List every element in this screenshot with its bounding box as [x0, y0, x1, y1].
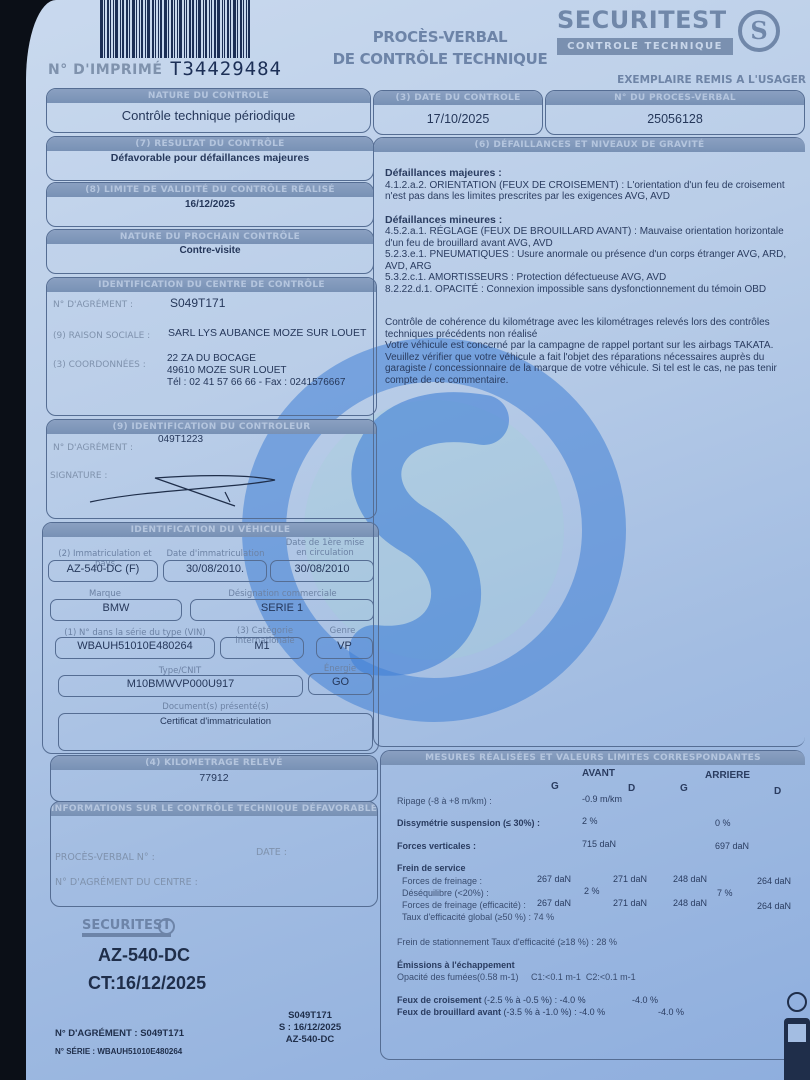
barcode-bar: [120, 0, 121, 58]
barcode-bar: [203, 0, 204, 58]
barcode-bar: [230, 0, 231, 58]
barcode-bar: [240, 0, 242, 58]
prochain-controle-value: Contre-visite: [47, 245, 373, 256]
vehicule-label: IDENTIFICATION DU VÉHICULE: [43, 523, 378, 537]
frein-stationnement: Frein de stationnement Taux d'efficacité…: [397, 937, 617, 947]
resultat-value: Défavorable pour défaillances majeures: [47, 152, 373, 164]
feux-brouillard-g: -4.0 %: [579, 1007, 605, 1017]
seal-line-3: AZ-540-DC: [270, 1034, 350, 1046]
barcode-bar: [100, 0, 103, 58]
genre-label: Genre: [315, 626, 370, 636]
barcode-bar: [214, 0, 216, 58]
nature-controle-value: Contrôle technique périodique: [47, 108, 370, 123]
sticker-logo-icon: [158, 918, 175, 935]
barcode-bar: [107, 0, 109, 58]
defaillances-label: (6) DÉFAILLANCES ET NIVEAUX DE GRAVITÉ: [374, 138, 805, 152]
barcode-bar: [179, 0, 182, 58]
defaillances-content: Défaillances majeures : 4.1.2.a.2. ORIEN…: [385, 168, 795, 386]
barcode-bar: [132, 0, 135, 58]
opacite-fumees: Opacité des fumées(0.58 m-1) C1:<0.1 m-1…: [397, 972, 636, 982]
barcode-bar: [205, 0, 207, 58]
barcode-bar: [164, 0, 167, 58]
energie-value: GO: [308, 673, 373, 695]
brand-name: SECURITEST: [557, 6, 727, 34]
mineures-title: Défaillances mineures :: [385, 215, 795, 227]
arriere-d-header: D: [774, 786, 781, 797]
date-immat-label: Date d'immatriculation: [163, 549, 268, 559]
barcode-bar: [177, 0, 178, 58]
nature-controle-label: NATURE DU CONTROLE: [47, 89, 370, 103]
proces-verbal-value: 25056128: [546, 112, 804, 126]
dissymetrie-arriere: 0 %: [715, 818, 731, 828]
imprime-label: N° D'IMPRIMÉ: [48, 62, 162, 78]
barcode-bar: [248, 0, 250, 58]
barcode-bar: [237, 0, 238, 58]
feux-croisement-d: -4.0 %: [632, 995, 658, 1005]
defavorable-date-label: DATE :: [256, 847, 287, 858]
sticker-seal: S049T171 S : 16/12/2025 AZ-540-DC: [270, 1010, 350, 1046]
barcode-bar: [233, 0, 236, 58]
date-controle-label: (3) DATE DU CONTROLE: [374, 91, 542, 105]
forces-verticales-label: Forces verticales :: [397, 841, 476, 851]
arriere-g-header: G: [680, 783, 688, 794]
forces-freinage-label: Forces de freinage :: [402, 876, 482, 886]
forces-efficacite-label: Forces de freinage (efficacité) :: [402, 900, 526, 910]
imprime-number: T34429484: [170, 58, 282, 80]
feux-brouillard-limits: (-3.5 % à -1.0 %) :: [504, 1007, 577, 1017]
forces-efficacite-ar-g: 248 daN: [673, 898, 707, 908]
barcode-bar: [155, 0, 156, 58]
proces-verbal-box: N° DU PROCES-VERBAL 25056128: [545, 90, 805, 135]
majeure-item: 4.1.2.a.2. ORIENTATION (FEUX DE CROISEME…: [385, 180, 795, 203]
barcode-bar: [136, 0, 137, 58]
signature-icon: [85, 470, 285, 510]
barcode-bar: [104, 0, 105, 58]
resultat-box: (7) RESULTAT DU CONTRÔLE Défavorable pou…: [46, 136, 374, 181]
limite-validite-label: (8) LIMITE DE VALIDITÉ DU CONTRÔLE RÉALI…: [47, 183, 373, 197]
mineure-item: 5.2.3.e.1. PNEUMATIQUES : Usure anormale…: [385, 249, 795, 272]
desequilibre-label: Déséquilibre (<20%) :: [402, 888, 489, 898]
feux-croisement-limits: (-2.5 % à -0.5 %) :: [484, 995, 557, 1005]
barcode-bar: [186, 0, 187, 58]
limite-validite-value: 16/12/2025: [47, 199, 373, 210]
dissymetrie-label: Dissymétrie suspension (≤ 30%) :: [397, 818, 540, 828]
barcode-bar: [139, 0, 140, 58]
barcode-bar: [141, 0, 143, 58]
brand-subtitle: CONTROLE TECHNIQUE: [557, 38, 733, 55]
forces-freinage-ar-d: 264 daN: [757, 876, 791, 886]
avant-header: AVANT: [582, 768, 615, 779]
copy-notice: EXEMPLAIRE REMIS A L'USAGER: [617, 74, 806, 86]
barcode-bar: [158, 0, 159, 58]
barcode-bar: [184, 0, 185, 58]
taux-efficacite-global: Taux d'efficacité global (≥50 %) : 74 %: [402, 912, 554, 922]
desequilibre-arriere: 7 %: [717, 888, 733, 898]
barcode-bar: [243, 0, 244, 58]
barcode-bar: [171, 0, 173, 58]
kilometrage-label: (4) KILOMETRAGE RELEVÉ: [51, 756, 377, 770]
feux-croisement-row: Feux de croisement (-2.5 % à -0.5 %) : -…: [397, 995, 586, 1005]
prochain-controle-label: NATURE DU PROCHAIN CONTRÔLE: [47, 230, 373, 244]
phone-fax: Tél : 02 41 57 66 66 - Fax : 0241576667: [167, 377, 345, 389]
barcode-bar: [192, 0, 194, 58]
raison-sociale-value: SARL LYS AUBANCE MOZE SUR LOUET: [168, 327, 366, 339]
majeures-title: Défaillances majeures :: [385, 168, 795, 180]
centre-agrement-label: N° D'AGRÉMENT :: [53, 300, 133, 310]
title-line-2: DE CONTRÔLE TECHNIQUE: [325, 48, 555, 70]
address-line-2: 49610 MOZE SUR LOUET: [167, 365, 345, 377]
mineure-item: 5.3.2.c.1. AMORTISSEURS : Protection déf…: [385, 272, 795, 284]
barcode-bar: [189, 0, 191, 58]
forces-freinage-ar-g: 248 daN: [673, 874, 707, 884]
remark-takata: Votre véhicule est concerné par la campa…: [385, 340, 795, 386]
forces-efficacite-ar-d: 264 daN: [757, 901, 791, 911]
recycle-person-icon: [787, 992, 807, 1012]
mineure-item: 8.2.22.d.1. OPACITÉ : Connexion impossib…: [385, 284, 795, 296]
feux-brouillard-row: Feux de brouillard avant (-3.5 % à -1.0 …: [397, 1007, 605, 1017]
genre-value: VP: [316, 637, 373, 659]
barcode-bar: [113, 0, 114, 58]
seal-line-2: S : 16/12/2025: [270, 1022, 350, 1034]
feux-croisement-label: Feux de croisement: [397, 995, 482, 1005]
limite-validite-box: (8) LIMITE DE VALIDITÉ DU CONTRÔLE RÉALI…: [46, 182, 374, 227]
title-line-1: PROCÈS-VERBAL: [325, 26, 555, 48]
defavorable-pv-label: PROCÈS-VERBAL N° :: [55, 852, 155, 863]
controleur-agrement-label: N° D'AGRÉMENT :: [53, 443, 133, 453]
barcode-bar: [222, 0, 223, 58]
mineure-item: 4.5.2.a.1. RÉGLAGE (FEUX DE BROUILLARD A…: [385, 226, 795, 249]
immat-value: AZ-540-DC (F): [48, 560, 158, 582]
barcode-bar: [122, 0, 124, 58]
date-controle-box: (3) DATE DU CONTROLE 17/10/2025: [373, 90, 543, 135]
barcode-bar: [227, 0, 229, 58]
barcode-bar: [152, 0, 154, 58]
designation-label: Désignation commerciale: [190, 589, 375, 599]
sticker-ct-date: CT:16/12/2025: [88, 973, 206, 994]
feux-brouillard-d: -4.0 %: [658, 1007, 684, 1017]
coordonnees-value: 22 ZA DU BOCAGE 49610 MOZE SUR LOUET Tél…: [167, 353, 345, 389]
barcode-bar: [174, 0, 175, 58]
barcode-bar: [196, 0, 197, 58]
date-mise-value: 30/08/2010: [270, 560, 374, 582]
raison-sociale-label: (9) RAISON SOCIALE :: [53, 331, 150, 341]
barcode-bar: [246, 0, 247, 58]
avant-d-header: D: [628, 783, 635, 794]
kilometrage-box: (4) KILOMETRAGE RELEVÉ 77912: [50, 755, 378, 802]
barcode-bar: [147, 0, 150, 58]
documents-label: Document(s) présenté(s): [58, 702, 373, 712]
resultat-label: (7) RESULTAT DU CONTRÔLE: [47, 137, 373, 151]
document-title: PROCÈS-VERBAL DE CONTRÔLE TECHNIQUE: [325, 26, 555, 70]
sticker-serie: N° SÉRIE : WBAUH51010E480264: [55, 1047, 182, 1056]
feux-brouillard-label: Feux de brouillard avant: [397, 1007, 501, 1017]
feux-croisement-g: -4.0 %: [560, 995, 586, 1005]
barcode-bar: [126, 0, 128, 58]
date-immat-value: 30/08/2010.: [163, 560, 267, 582]
kilometrage-value: 77912: [51, 772, 377, 784]
barcode-bar: [110, 0, 111, 58]
barcode-bar: [129, 0, 130, 58]
controleur-agrement-value: 049T1223: [158, 434, 203, 445]
address-line-1: 22 ZA DU BOCAGE: [167, 353, 345, 365]
barcode-bar: [211, 0, 212, 58]
emissions-label: Émissions à l'échappement: [397, 960, 515, 970]
frein-service-label: Frein de service: [397, 863, 466, 873]
forces-freinage-av-d: 271 daN: [613, 874, 647, 884]
forces-verticales-arriere: 697 daN: [715, 841, 749, 851]
ripage-label: Ripage (-8 à +8 m/km) :: [397, 796, 492, 806]
sticker-agrement: N° D'AGRÉMENT : S049T171: [55, 1028, 184, 1039]
barcode-bar: [160, 0, 162, 58]
barcode-bar: [224, 0, 225, 58]
controleur-label: (9) IDENTIFICATION DU CONTROLEUR: [47, 420, 376, 434]
designation-value: SERIE 1: [190, 599, 374, 621]
forces-efficacite-av-d: 271 daN: [613, 898, 647, 908]
ripage-value: -0.9 m/km: [582, 794, 622, 804]
nature-controle-box: NATURE DU CONTROLE Contrôle technique pé…: [46, 88, 371, 133]
mesures-label: MESURES RÉALISÉES ET VALEURS LIMITES COR…: [381, 751, 805, 765]
defavorable-agrement-label: N° D'AGRÉMENT DU CENTRE :: [55, 877, 198, 888]
desequilibre-avant: 2 %: [584, 886, 600, 896]
defavorable-label: INFORMATIONS SUR LE CONTRÔLE TECHNIQUE D…: [51, 802, 377, 816]
arriere-header: ARRIERE: [705, 770, 750, 781]
centre-label: IDENTIFICATION DU CENTRE DE CONTRÔLE: [47, 278, 376, 292]
sticker-plate: AZ-540-DC: [98, 945, 190, 966]
dissymetrie-avant: 2 %: [582, 816, 598, 826]
vin-value: WBAUH51010E480264: [55, 637, 215, 659]
barcode-bar: [168, 0, 169, 58]
securitest-logo: SECURITEST CONTROLE TECHNIQUE: [553, 6, 793, 56]
seal-line-1: S049T171: [270, 1010, 350, 1022]
type-value: M10BMWVP000U917: [58, 675, 303, 697]
avant-g-header: G: [551, 781, 559, 792]
categorie-value: M1: [220, 637, 304, 659]
forces-efficacite-av-g: 267 daN: [537, 898, 571, 908]
barcode-bar: [198, 0, 201, 58]
triman-bin-icon: [784, 1018, 810, 1080]
barcode-bar: [145, 0, 146, 58]
remark-kilometrage: Contrôle de cohérence du kilométrage ave…: [385, 317, 795, 340]
barcode-bar: [115, 0, 118, 58]
marque-value: BMW: [50, 599, 182, 621]
barcode: [100, 0, 258, 58]
forces-verticales-avant: 715 daN: [582, 839, 616, 849]
date-mise-label: Date de 1ère mise en circulation: [280, 538, 370, 558]
prochain-controle-box: NATURE DU PROCHAIN CONTRÔLE Contre-visit…: [46, 229, 374, 274]
securitest-s-icon: [738, 10, 780, 52]
proces-verbal-label: N° DU PROCES-VERBAL: [546, 91, 804, 105]
coordonnees-label: (3) COORDONNÉES :: [53, 360, 146, 370]
centre-agrement-value: S049T171: [170, 296, 225, 310]
documents-value: Certificat d'immatriculation: [58, 713, 373, 751]
barcode-bar: [217, 0, 220, 58]
marque-label: Marque: [50, 589, 160, 599]
date-controle-value: 17/10/2025: [374, 112, 542, 126]
forces-freinage-av-g: 267 daN: [537, 874, 571, 884]
barcode-bar: [209, 0, 210, 58]
